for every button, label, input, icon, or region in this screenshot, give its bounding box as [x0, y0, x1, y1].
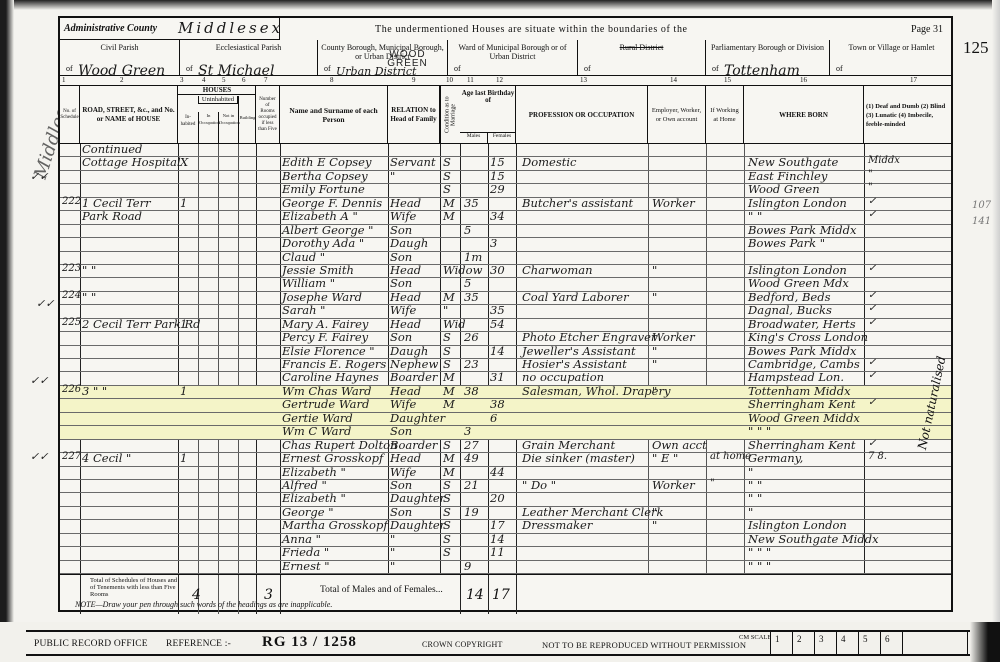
birthplace: Germany, [748, 451, 803, 465]
instruction-note: NOTE—Draw your pen through such words of… [75, 600, 332, 609]
birthplace: " " [748, 478, 762, 492]
occupation: Hosier's Assistant [522, 357, 627, 371]
relation: Wife [390, 465, 416, 479]
marital-condition: S [443, 518, 451, 532]
table-row: Elizabeth "WifeM44" [60, 467, 951, 480]
relation: Son [390, 330, 412, 344]
col-relation-head: RELATION to Head of Family [388, 86, 440, 144]
ecclesiastical-parish-label: Ecclesiastical Parish [180, 43, 317, 52]
occupation: Charwoman [522, 263, 593, 277]
infirmity: Middx [868, 155, 900, 166]
birthplace: East Finchley [748, 169, 827, 183]
infirmity: ✓ [868, 357, 876, 368]
person-name: Emily Fortune [282, 182, 365, 196]
birthplace: Islington London [748, 518, 847, 532]
not-in-occupation-head: Not in Occupation [218, 112, 238, 144]
person-name: William " [282, 276, 335, 290]
marital-condition: " [443, 303, 448, 317]
uninhabited-head: Uninhabited [198, 96, 238, 104]
infirmity: ✓ [868, 290, 876, 301]
col-num: 4 [202, 76, 206, 84]
relation: Nephew [390, 357, 438, 371]
table-row: Elizabeth "DaughterS20" " [60, 493, 951, 506]
civil-parish-label: Civil Parish [60, 43, 179, 52]
birthplace: " " [748, 209, 762, 223]
scale-mark: 2 [792, 630, 814, 656]
scan-edge-top [0, 0, 1000, 10]
age-female: 54 [490, 317, 505, 331]
age-female: 14 [490, 344, 505, 358]
table-row: Anna ""S14New Southgate Middx [60, 534, 951, 547]
marital-condition: S [443, 357, 451, 371]
ecclesiastical-parish-value: St Michael [198, 67, 274, 76]
address: 3 " " [82, 384, 107, 398]
scale-mark-blank [902, 630, 968, 656]
form-header-divisions: Civil Parish of Wood Green Ecclesiastica… [60, 40, 951, 76]
cm-scale-label: CM SCALE [739, 634, 771, 642]
occupation: Photo Etcher Engraver [522, 330, 656, 344]
relation: Head [390, 290, 421, 304]
urban-district-cell: County Borough, Municipal Borough, or Ur… [318, 40, 448, 76]
infirmity: ✓ [868, 263, 876, 274]
person-name: Wm Chas Ward [282, 384, 372, 398]
age-male: 19 [464, 505, 479, 519]
rural-district-cell: Rural District of [578, 40, 706, 76]
schedule-number: 227 [62, 451, 81, 462]
totals-schedules-label: Total of Schedules of Houses and of Tene… [90, 577, 182, 598]
marital-condition: M [443, 465, 455, 479]
person-name: Dorothy Ada " [282, 236, 364, 250]
occupation: Die sinker (master) [522, 451, 635, 465]
birthplace: " " " [748, 424, 771, 438]
col-num: 14 [670, 76, 677, 84]
person-name: Josephe Ward [282, 290, 362, 304]
schedule-number: 226 [62, 384, 81, 395]
town-village-label: Town or Village or Hamlet [830, 43, 953, 52]
admin-county-label: Administrative County [64, 23, 157, 34]
houses-head: HOUSES [178, 87, 256, 95]
person-name: Chas Rupert Dolton [282, 438, 397, 452]
col-occupation-head: PROFESSION OR OCCUPATION [516, 86, 648, 144]
col-num: 3 [180, 76, 184, 84]
total-males: 14 [466, 587, 484, 603]
birthplace: Bowes Park Middx [748, 223, 856, 237]
table-row: Alfred "SonS21" Do "Worker"" " [60, 480, 951, 493]
females-head: Females [488, 132, 516, 144]
relation: Daughter [390, 411, 445, 425]
address: " " [82, 290, 96, 304]
inhabited-head: In-habited [178, 114, 198, 128]
age-female: 34 [490, 209, 505, 223]
age-male: 3 [464, 424, 471, 438]
age-male: 27 [464, 438, 479, 452]
col-num: 10 [446, 76, 453, 84]
birthplace: Bowes Park " [748, 236, 825, 250]
margin-tally-mark: ✓✓ [30, 170, 48, 183]
census-entries: ContinuedCottage HospitalXEdith E Copsey… [60, 144, 951, 574]
admin-county-box: Administrative County Middlesex [60, 18, 280, 40]
table-row: Frieda ""S11" " " [60, 547, 951, 560]
person-name: Edith E Copsey [282, 155, 371, 169]
scale-mark: 3 [814, 630, 836, 656]
parliamentary-division-value: Tottenham [724, 67, 800, 76]
birthplace: Broadwater, Herts [748, 317, 856, 331]
marital-condition: S [443, 344, 451, 358]
person-name: George F. Dennis [282, 196, 382, 210]
relation: Daughter [390, 491, 445, 505]
age-male: 9 [464, 559, 471, 573]
age-male: 26 [464, 330, 479, 344]
scale-mark: 1 [770, 630, 792, 656]
occupation: Domestic [522, 155, 577, 169]
col-address-head: ROAD, STREET, &c., and No. or NAME of HO… [80, 86, 178, 144]
marital-condition: M [443, 384, 455, 398]
age-female: 15 [490, 169, 505, 183]
occupation: Jeweller's Assistant [522, 344, 636, 358]
person-name: Jessie Smith [282, 263, 354, 277]
males-head: Males [460, 132, 488, 144]
employment-status: " [652, 384, 657, 398]
col-rooms-head: Number of Rooms occupied if less than Fi… [256, 86, 280, 144]
address: 1 Cecil Terr [82, 196, 151, 210]
parliamentary-division-label: Parliamentary Borough or Division [706, 43, 829, 52]
schedule-number: 222 [62, 196, 81, 207]
occupation: " Do " [522, 478, 556, 492]
birthplace: " [748, 505, 753, 519]
margin-tally-mark: ✓✓ [36, 297, 54, 310]
occupation: Dressmaker [522, 518, 592, 532]
age-male: 35 [464, 290, 479, 304]
marital-condition: S [443, 438, 451, 452]
marital-condition: M [443, 290, 455, 304]
person-name: Francis E. Rogers [282, 357, 386, 371]
occupation: no occupation [522, 370, 604, 384]
boundary-statement: The undermentioned Houses are situate wi… [375, 24, 688, 35]
marital-condition: S [443, 505, 451, 519]
archive-footer: PUBLIC RECORD OFFICE REFERENCE :- RG 13 … [0, 622, 1000, 662]
address: Cottage Hospital [82, 155, 181, 169]
address: " " [82, 263, 96, 277]
person-name: Elizabeth " [282, 465, 346, 479]
col-employer-head: Employer, Worker, or Own account [648, 86, 706, 144]
schedule-number: 223 [62, 263, 81, 274]
occupation: Salesman, Whol. Drapery [522, 384, 670, 398]
table-row: Dorothy Ada "Daugh3Bowes Park " [60, 238, 951, 251]
relation: Daugh [390, 236, 428, 250]
relation: Servant [390, 155, 436, 169]
employment-status: " [652, 505, 657, 519]
folio-number: 125 [963, 38, 989, 58]
relation: Son [390, 276, 412, 290]
margin-tally-mark: ✓✓ [30, 374, 48, 387]
age-male: 38 [464, 384, 479, 398]
census-page-scan: Middlesex ✓✓ ✓✓ ✓✓ ✓✓ 125 107 141 Admini… [0, 0, 1000, 622]
person-name: Anna " [282, 532, 321, 546]
occupation: Butcher's assistant [522, 196, 633, 210]
employment-status: " [652, 357, 657, 371]
relation: Wife [390, 303, 416, 317]
reproduction-notice: NOT TO BE REPRODUCED WITHOUT PERMISSION [542, 640, 746, 650]
age-female: 38 [490, 397, 505, 411]
working-at-home: at home [710, 451, 751, 462]
employment-status: Own acct [652, 438, 707, 452]
age-female: 15 [490, 155, 505, 169]
birthplace: Islington London [748, 196, 847, 210]
ward-cell: Ward of Municipal Borough or of Urban Di… [448, 40, 578, 76]
person-name: Wm C Ward [282, 424, 351, 438]
age-male: 49 [464, 451, 479, 465]
person-name: Elizabeth " [282, 491, 346, 505]
total-males-females-label: Total of Males and of Females... [320, 585, 443, 595]
relation: Head [390, 384, 421, 398]
age-male: 21 [464, 478, 479, 492]
infirmity: ✓ [868, 209, 876, 220]
employment-status: Worker [652, 330, 695, 344]
relation: Son [390, 223, 412, 237]
col-num: 15 [724, 76, 731, 84]
relation: Daugh [390, 344, 428, 358]
person-name: Sarah " [282, 303, 325, 317]
person-name: Elizabeth A " [282, 209, 358, 223]
person-name: Elsie Florence " [282, 344, 375, 358]
scan-edge-left [0, 0, 14, 622]
relation: " [390, 545, 395, 559]
age-male: 1m [464, 250, 482, 264]
employment-status: Worker [652, 196, 695, 210]
employment-status: " E " [652, 451, 678, 465]
table-row: 2274 Cecil "1Ernest GrosskopfHeadM49Die … [60, 453, 951, 466]
marital-condition: S [443, 545, 451, 559]
birthplace: Wood Green Middx [748, 411, 860, 425]
employment-status: " [652, 263, 657, 277]
inhabited-mark: 1 [180, 451, 187, 465]
age-female: 30 [490, 263, 505, 277]
birthplace: Tottenham Middx [748, 384, 851, 398]
person-name: Frieda " [282, 545, 329, 559]
civil-parish-cell: Civil Parish of Wood Green [60, 40, 180, 76]
col-born-head: WHERE BORN [744, 86, 864, 144]
table-row-highlighted: Gertie WardDaughter6Wood Green Middx [60, 413, 951, 426]
birthplace: Cambridge, Cambs [748, 357, 860, 371]
relation: " [390, 559, 395, 573]
marital-condition: M [443, 451, 455, 465]
reference-label: REFERENCE :- [166, 639, 231, 649]
marital-condition: M [443, 397, 455, 411]
rural-district-label: Rural District [578, 43, 705, 52]
marital-condition: S [443, 532, 451, 546]
town-village-cell: Town or Village or Hamlet of [830, 40, 953, 76]
birthplace: Bowes Park Middx [748, 344, 856, 358]
address: 4 Cecil " [82, 451, 131, 465]
age-female: 29 [490, 182, 505, 196]
age-female: 17 [490, 518, 505, 532]
age-male: 5 [464, 276, 471, 290]
form-header-top: Administrative County Middlesex The unde… [60, 18, 951, 40]
inhabited-mark: 1 [180, 384, 187, 398]
scan-edge-right [992, 0, 1000, 622]
occupation: Coal Yard Laborer [522, 290, 629, 304]
in-occupation-head: In Occupation [198, 112, 218, 144]
employment-status: Worker [652, 478, 695, 492]
col-num: 1 [62, 76, 66, 84]
urban-district-value: Urban District [336, 67, 416, 76]
marital-condition: S [443, 491, 451, 505]
relation: Boarder [390, 438, 437, 452]
relation: Daughter [390, 518, 445, 532]
birthplace: Bedford, Beds [748, 290, 831, 304]
age-male: 23 [464, 357, 479, 371]
birthplace: Islington London [748, 263, 847, 277]
col-num: 5 [222, 76, 226, 84]
admin-county-value: Middlesex [178, 19, 283, 37]
col-num: 17 [910, 76, 917, 84]
person-name: Martha Grosskopf [282, 518, 388, 532]
relation: Wife [390, 209, 416, 223]
age-female: 3 [490, 236, 497, 250]
relation: Son [390, 250, 412, 264]
person-name: Ernest Grosskopf [282, 451, 383, 465]
marital-condition: Widow [443, 263, 482, 277]
footer-bar: PUBLIC RECORD OFFICE REFERENCE :- RG 13 … [26, 630, 970, 656]
person-name: Alfred " [282, 478, 327, 492]
age-male: 5 [464, 223, 471, 237]
age-female: 11 [490, 545, 505, 559]
col-age-group: Age last Birthday of Males Females [460, 86, 516, 144]
marital-condition: S [443, 155, 451, 169]
person-name: Ernest " [282, 559, 330, 573]
col-num: 7 [264, 76, 268, 84]
age-male: 35 [464, 196, 479, 210]
relation: Head [390, 196, 421, 210]
inhabited-mark: 1 [180, 196, 187, 210]
birthplace: " " [748, 491, 762, 505]
crown-copyright: CROWN COPYRIGHT [422, 640, 503, 649]
col-num: 16 [800, 76, 807, 84]
public-record-office-label: PUBLIC RECORD OFFICE [34, 639, 148, 649]
relation: Head [390, 451, 421, 465]
address: Park Road [82, 209, 142, 223]
marital-condition: S [443, 169, 451, 183]
employment-status: " [652, 290, 657, 304]
scale-mark: 6 [880, 630, 902, 656]
marital-condition: M [443, 370, 455, 384]
address: Continued [82, 142, 142, 156]
schedule-number: 225 [62, 317, 81, 328]
marital-condition: S [443, 478, 451, 492]
table-row: Chas Rupert DoltonBoarderS27Grain Mercha… [60, 440, 951, 453]
birthplace: King's Cross London [748, 330, 868, 344]
person-name: Mary A. Fairey [282, 317, 368, 331]
col-num: 12 [496, 76, 503, 84]
pencil-note: 141 [972, 216, 991, 227]
person-name: Albert George " [282, 223, 373, 237]
birthplace: " [748, 465, 753, 479]
birthplace: Sherringham Kent [748, 397, 855, 411]
infirmity: " [868, 182, 873, 193]
marital-condition: M [443, 196, 455, 210]
working-at-home: " [710, 478, 715, 489]
infirmity: ✓ [868, 196, 876, 207]
birthplace: Hampstead Lon. [748, 370, 844, 384]
margin-tally-mark: ✓✓ [30, 450, 48, 463]
relation: Wife [390, 397, 416, 411]
age-female: 20 [490, 491, 505, 505]
column-headings: No. of Schedule ROAD, STREET, &c., and N… [60, 86, 951, 144]
inhabited-mark: X [180, 155, 188, 169]
birthplace: Wood Green Mdx [748, 276, 849, 290]
col-num: 6 [242, 76, 246, 84]
birthplace: New Southgate [748, 155, 838, 169]
person-name: Caroline Haynes [282, 370, 379, 384]
relation: Boarder [390, 370, 437, 384]
reference-number: RG 13 / 1258 [262, 634, 357, 651]
col-condition-head: Condition as to Marriage [440, 86, 460, 144]
marital-condition: S [443, 330, 451, 344]
census-form: Administrative County Middlesex The unde… [58, 16, 953, 612]
col-schedule-head: No. of Schedule [60, 86, 80, 144]
age-head: Age last Birthday of [460, 90, 516, 104]
col-infirmity-head: (1) Deaf and Dumb (2) Blind (3) Lunatic … [864, 86, 953, 144]
col-num: 13 [580, 76, 587, 84]
marital-condition: S [443, 182, 451, 196]
page-number: Page 31 [911, 24, 943, 35]
birthplace: Sherringham Kent [748, 438, 855, 452]
pencil-note: 107 [972, 200, 991, 211]
birthplace: " " " [748, 545, 771, 559]
col-at-home-head: If Working at Home [706, 86, 744, 144]
relation: Head [390, 317, 421, 331]
infirmity: ✓ [868, 317, 876, 328]
col-num: 2 [120, 76, 124, 84]
person-name: George " [282, 505, 334, 519]
infirmity: ✓ [868, 397, 876, 408]
col-name-head: Name and Surname of each Person [280, 86, 388, 144]
infirmity: 7 8. [868, 451, 887, 462]
scale-mark: 5 [858, 630, 880, 656]
infirmity: ✓ [868, 438, 876, 449]
inhabited-mark: 1 [180, 317, 187, 331]
col-num: 9 [412, 76, 416, 84]
ward-label: Ward of Municipal Borough or of Urban Di… [448, 43, 577, 61]
col-num: 11 [467, 76, 474, 84]
ecclesiastical-parish-cell: Ecclesiastical Parish of St Michael [180, 40, 318, 76]
table-row: 2221 Cecil Terr1George F. DennisHeadM35B… [60, 198, 951, 211]
person-name: Claud " [282, 250, 325, 264]
parliamentary-division-cell: Parliamentary Borough or Division of Tot… [706, 40, 830, 76]
civil-parish-value: Wood Green [78, 67, 165, 76]
total-females: 17 [492, 587, 510, 603]
age-female: 14 [490, 532, 505, 546]
occupation: Leather Merchant Clerk [522, 505, 664, 519]
age-female: 31 [490, 370, 505, 384]
age-female: 44 [490, 465, 505, 479]
age-female: 35 [490, 303, 505, 317]
relation: " [390, 169, 395, 183]
birthplace: Dagnal, Bucks [748, 303, 832, 317]
infirmity: ✓ [868, 370, 876, 381]
person-name: Gertrude Ward [282, 397, 369, 411]
infirmity: " [868, 169, 873, 180]
scale-mark: 4 [836, 630, 858, 656]
building-head: Building [238, 96, 256, 144]
relation: " [390, 532, 395, 546]
infirmity: ✓ [868, 303, 876, 314]
occupation: Grain Merchant [522, 438, 615, 452]
relation: Son [390, 424, 412, 438]
person-name: Percy F. Fairey [282, 330, 368, 344]
relation: Son [390, 478, 412, 492]
footer-edge [970, 622, 1000, 662]
